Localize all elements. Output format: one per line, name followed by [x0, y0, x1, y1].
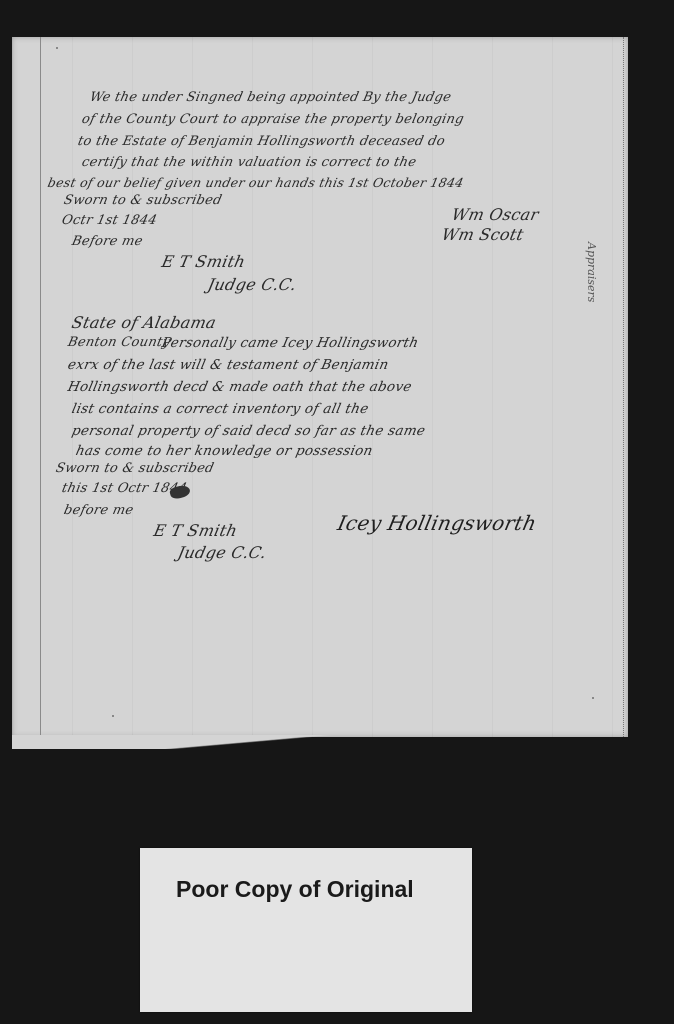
jurat1-official-title: Judge C.C.: [206, 275, 298, 294]
appraisal-line-1: We the under Singned being appointed By …: [88, 90, 452, 105]
appraiser-signature-2: Wm Scott: [440, 225, 526, 244]
affidavit-line-1: Personally came Icey Hollingsworth: [160, 335, 420, 351]
speck: [56, 47, 58, 49]
page-edge: [623, 37, 626, 737]
jurat2-before-me: before me: [62, 503, 135, 518]
affidavit-line-5: personal property of said decd so far as…: [70, 423, 427, 439]
jurat2-official-signature: E T Smith: [152, 521, 239, 540]
speck: [592, 697, 594, 699]
document-page: We the under Singned being appointed By …: [12, 37, 628, 737]
appraisal-line-3: to the Estate of Benjamin Hollingsworth …: [76, 134, 446, 149]
executrix-signature: Icey Hollingsworth: [335, 511, 538, 535]
appraisal-line-5: best of our belief given under our hands…: [46, 175, 465, 190]
speck: [112, 715, 114, 717]
affidavit-state: State of Alabama: [70, 313, 218, 332]
affidavit-line-3: Hollingsworth decd & made oath that the …: [66, 379, 413, 395]
margin-rule: [40, 37, 41, 737]
affidavit-county: Benton County: [66, 335, 171, 350]
jurat1-before-me: Before me: [70, 234, 144, 249]
affidavit-line-2: exrx of the last will & testament of Ben…: [66, 357, 390, 373]
jurat1-date: Octr 1st 1844: [60, 213, 158, 228]
poor-copy-label-card: Poor Copy of Original: [140, 848, 472, 1012]
jurat1-official-signature: E T Smith: [160, 252, 247, 271]
jurat2-official-title: Judge C.C.: [176, 543, 268, 562]
appraiser-signature-1: Wm Oscar: [450, 205, 541, 224]
poor-copy-label: Poor Copy of Original: [176, 876, 414, 903]
appraisal-line-2: of the County Court to appraise the prop…: [80, 112, 465, 127]
margin-note: Appraisers: [585, 242, 598, 302]
jurat2-line-1: Sworn to & subscribed: [54, 461, 215, 476]
jurat1-line-1: Sworn to & subscribed: [62, 193, 223, 208]
affidavit-line-4: list contains a correct inventory of all…: [70, 401, 370, 417]
appraisal-line-4: certify that the within valuation is cor…: [80, 155, 417, 170]
affidavit-line-6: has come to her knowledge or possession: [74, 443, 374, 459]
